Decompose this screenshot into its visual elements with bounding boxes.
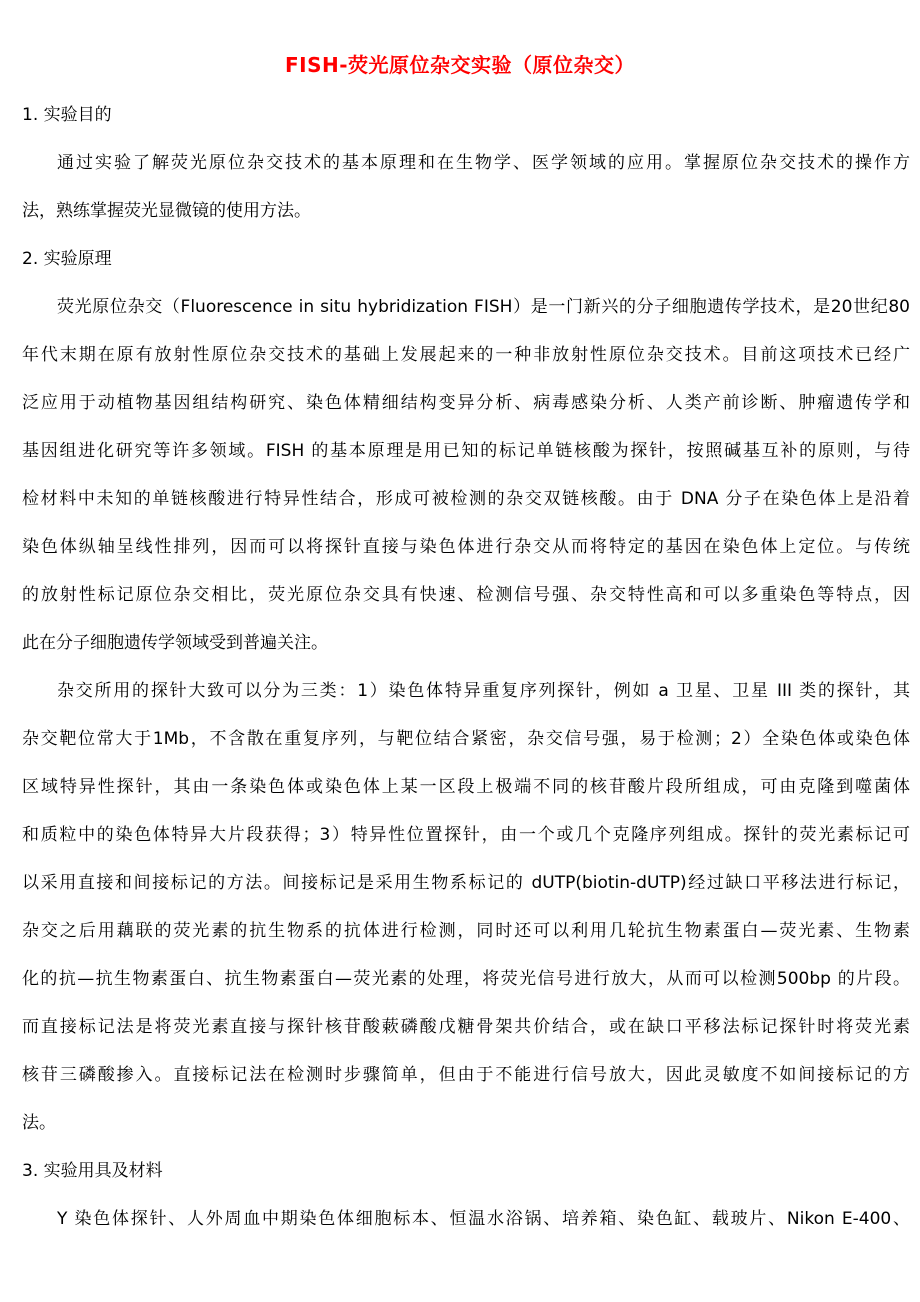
text-line: 泛应用于动植物基因组结构研究、染色体精细结构变异分析、病毒感染分析、人类产前诊断… — [22, 379, 910, 427]
text-line: 检材料中未知的单链核酸进行特异性结合，形成可被检测的杂交双链核酸。由于 DNA … — [22, 475, 910, 523]
text-line: 杂交所用的探针大致可以分为三类：1）染色体特异重复序列探针，例如 a 卫星、卫星… — [22, 667, 910, 715]
text-line: 基因组进化研究等许多领域。FISH 的基本原理是用已知的标记单链核酸为探针，按照… — [22, 427, 910, 475]
text-line: 通过实验了解荧光原位杂交技术的基本原理和在生物学、医学领域的应用。掌握原位杂交技… — [22, 139, 910, 187]
text-line: 核苷三磷酸掺入。直接标记法在检测时步骤简单，但由于不能进行信号放大，因此灵敏度不… — [22, 1051, 910, 1099]
section-heading: 3. 实验用具及材料 — [22, 1147, 910, 1195]
document-page: FISH-荧光原位杂交实验（原位杂交） 1. 实验目的通过实验了解荧光原位杂交技… — [0, 0, 920, 1302]
text-line: 杂交之后用藕联的荧光素的抗生物系的抗体进行检测，同时还可以利用几轮抗生物素蛋白—… — [22, 907, 910, 955]
text-line: 杂交靶位常大于1Mb，不含散在重复序列，与靶位结合紧密，杂交信号强，易于检测；2… — [22, 715, 910, 763]
text-line: 和质粒中的染色体特异大片段获得；3）特异性位置探针，由一个或几个克隆序列组成。探… — [22, 811, 910, 859]
text-line: 法。 — [22, 1099, 910, 1147]
text-line: 以采用直接和间接标记的方法。间接标记是采用生物系标记的 dUTP(biotin-… — [22, 859, 910, 907]
text-line: 法，熟练掌握荧光显微镜的使用方法。 — [22, 187, 910, 235]
text-line: Y 染色体探针、人外周血中期染色体细胞标本、恒温水浴锅、培养箱、染色缸、载玻片、… — [22, 1195, 910, 1243]
text-line: 年代末期在原有放射性原位杂交技术的基础上发展起来的一种非放射性原位杂交技术。目前… — [22, 331, 910, 379]
document-body: 1. 实验目的通过实验了解荧光原位杂交技术的基本原理和在生物学、医学领域的应用。… — [0, 91, 920, 1243]
text-line: 此在分子细胞遗传学领域受到普遍关注。 — [22, 619, 910, 667]
text-line: 的放射性标记原位杂交相比，荧光原位杂交具有快速、检测信号强、杂交特性高和可以多重… — [22, 571, 910, 619]
document-title: FISH-荧光原位杂交实验（原位杂交） — [0, 0, 920, 80]
section-heading: 2. 实验原理 — [22, 235, 910, 283]
text-line: 区域特异性探针，其由一条染色体或染色体上某一区段上极端不同的核苷酸片段所组成，可… — [22, 763, 910, 811]
section-heading: 1. 实验目的 — [22, 91, 910, 139]
text-line: 染色体纵轴呈线性排列，因而可以将探针直接与染色体进行杂交从而将特定的基因在染色体… — [22, 523, 910, 571]
text-line: 化的抗—抗生物素蛋白、抗生物素蛋白—荧光素的处理，将荧光信号进行放大，从而可以检… — [22, 955, 910, 1003]
text-line: 荧光原位杂交（Fluorescence in situ hybridizatio… — [22, 283, 910, 331]
text-line: 而直接标记法是将荧光素直接与探针核苷酸蔌磷酸戊糖骨架共价结合，或在缺口平移法标记… — [22, 1003, 910, 1051]
